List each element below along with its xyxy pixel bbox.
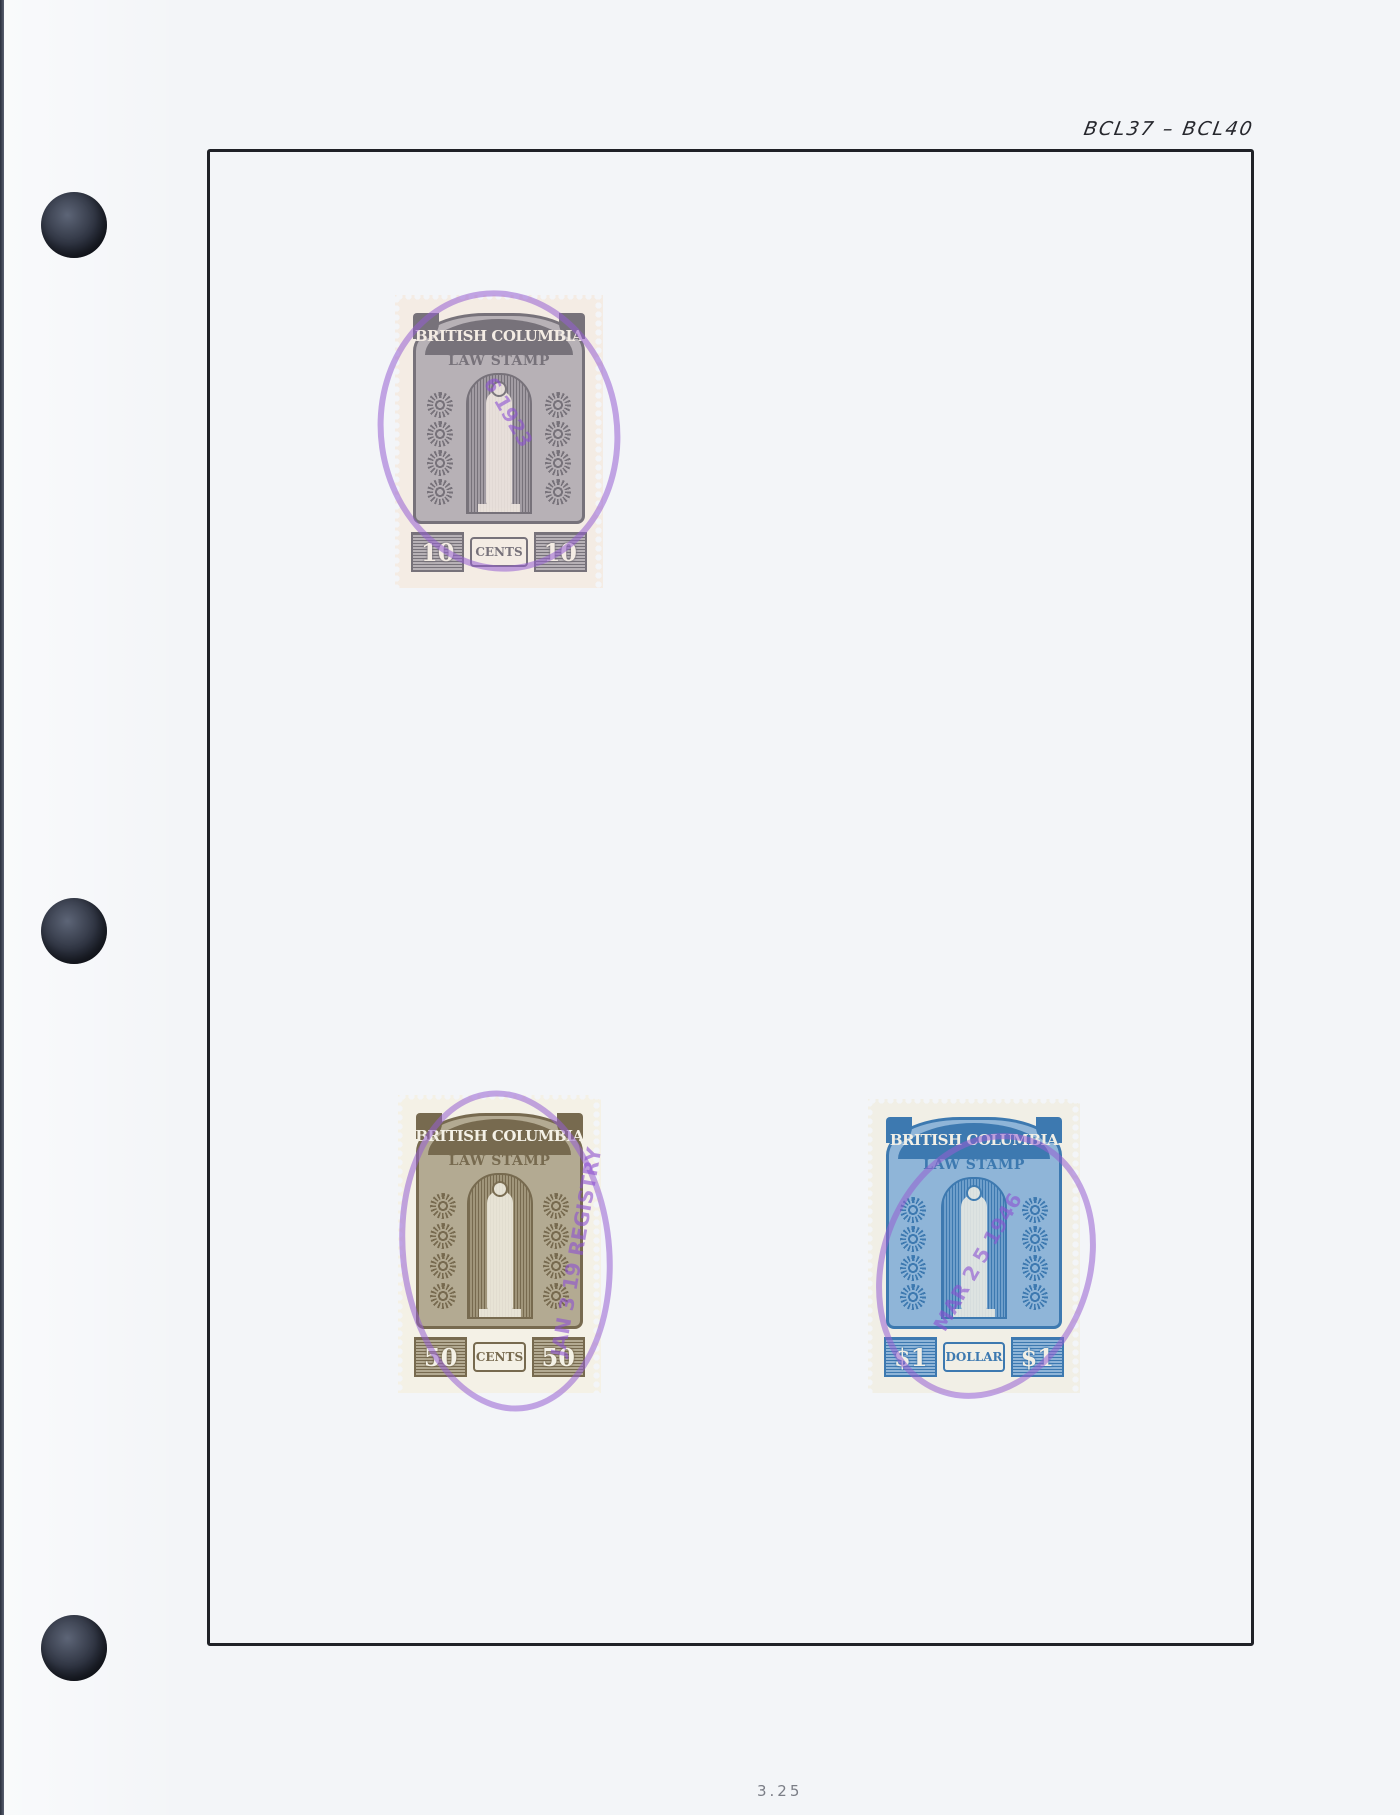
- catalog-number-note: BCL37 – BCL40: [1082, 118, 1256, 140]
- punch-hole-bottom: [41, 1615, 107, 1681]
- punch-hole-middle: [41, 898, 107, 964]
- stamp-value-right: $1: [1011, 1337, 1064, 1377]
- stamp-unit: CENTS: [473, 1342, 525, 1372]
- stamp-unit: DOLLAR: [943, 1342, 1004, 1372]
- punch-hole-top: [41, 192, 107, 258]
- stamp-title: BRITISH COLUMBIA: [415, 327, 583, 345]
- lady-justice-icon: [961, 1195, 987, 1311]
- stamp-1-dollar[interactable]: BRITISH COLUMBIA LAW STAMP $1 DOLLAR $1: [868, 1099, 1080, 1393]
- album-page-frame: [207, 149, 1254, 1646]
- stamp-subtitle: LAW STAMP: [407, 353, 591, 369]
- justice-figure-niche: [467, 1173, 533, 1319]
- justice-figure-niche: [466, 373, 532, 514]
- lady-justice-icon: [486, 391, 512, 506]
- stamp-10-cents[interactable]: BRITISH COLUMBIA LAW STAMP 10 CENTS 10: [395, 295, 603, 588]
- stamp-subtitle: LAW STAMP: [410, 1153, 589, 1169]
- price-note: 3.25: [757, 1782, 802, 1800]
- stamp-value-right: 10: [534, 532, 587, 572]
- stamp-title: BRITISH COLUMBIA: [415, 1127, 583, 1145]
- stamp-value-left: 10: [411, 532, 464, 572]
- stamp-value-right: 50: [532, 1337, 585, 1377]
- stamp-title: BRITISH COLUMBIA: [890, 1131, 1058, 1149]
- lady-justice-icon: [487, 1191, 513, 1311]
- stamp-subtitle: LAW STAMP: [880, 1157, 1068, 1173]
- justice-figure-niche: [941, 1177, 1007, 1319]
- stamp-value-left: 50: [414, 1337, 467, 1377]
- stamp-value-left: $1: [884, 1337, 937, 1377]
- stamp-50-cents[interactable]: BRITISH COLUMBIA LAW STAMP 50 CENTS 50: [398, 1095, 601, 1393]
- stamp-unit: CENTS: [470, 537, 527, 567]
